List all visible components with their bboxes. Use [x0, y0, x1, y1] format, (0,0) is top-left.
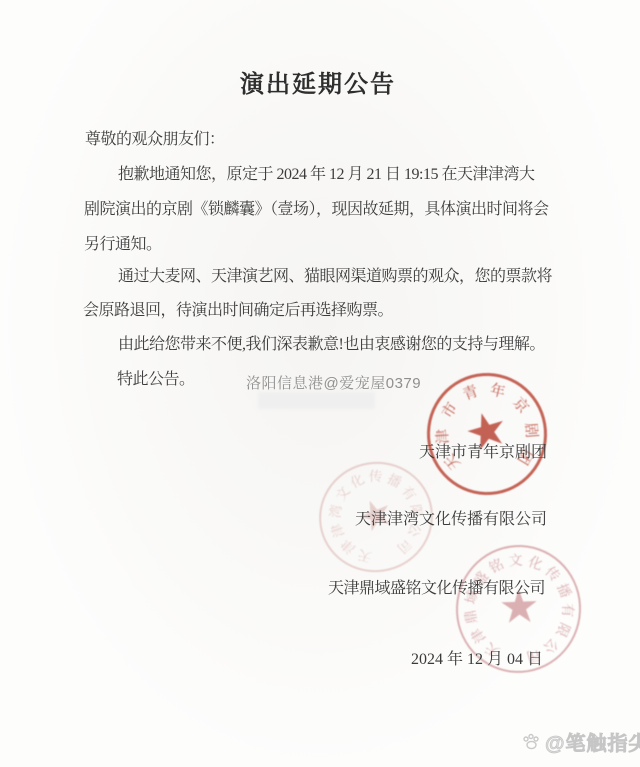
signature-youth-opera-troupe: 天津市青年京剧团	[419, 439, 547, 462]
body-line: 通过大麦网、天津演艺网、猫眼网渠道购票的观众，您的票款将	[118, 263, 552, 286]
salutation-line: 尊敬的观众朋友们：	[85, 126, 225, 149]
center-watermark: 洛阳信息港@爱宠屋0379	[246, 372, 421, 393]
signature-jinwan-culture: 天津津湾文化传播有限公司	[355, 506, 547, 529]
body-line: 会原路退回，待演出时间确定后再选择购票。	[83, 297, 393, 320]
document-title: 演出延期公告	[240, 64, 396, 99]
body-line: 另行通知。	[84, 231, 162, 254]
corner-watermark-text: @笔触指尖	[545, 727, 640, 756]
closing-line: 特此公告。	[117, 366, 195, 389]
scanned-announcement-document: 演出延期公告 尊敬的观众朋友们： 抱歉地通知您，原定于 2024 年 12 月 …	[0, 0, 640, 767]
official-seal-youth-opera-troupe: 天津市青年京剧团 ★	[423, 369, 551, 499]
body-line: 剧院演出的京剧《锁麟囊》（壹场），现因故延期，具体演出时间将会	[84, 196, 549, 219]
body-line: 由此给您带来不便,我们深表歉意!也由衷感谢您的支持与理解。	[118, 331, 545, 354]
blurred-censor-patch	[258, 392, 375, 409]
body-line: 抱歉地通知您，原定于 2024 年 12 月 21 日 19:15 在天津津湾大	[118, 161, 534, 184]
document-date: 2024 年 12 月 04 日	[411, 646, 543, 669]
corner-watermark: @笔触指尖	[522, 727, 640, 756]
signature-dingyu-shengming: 天津鼎域盛铭文化传播有限公司	[328, 575, 545, 598]
paw-icon	[522, 733, 542, 751]
